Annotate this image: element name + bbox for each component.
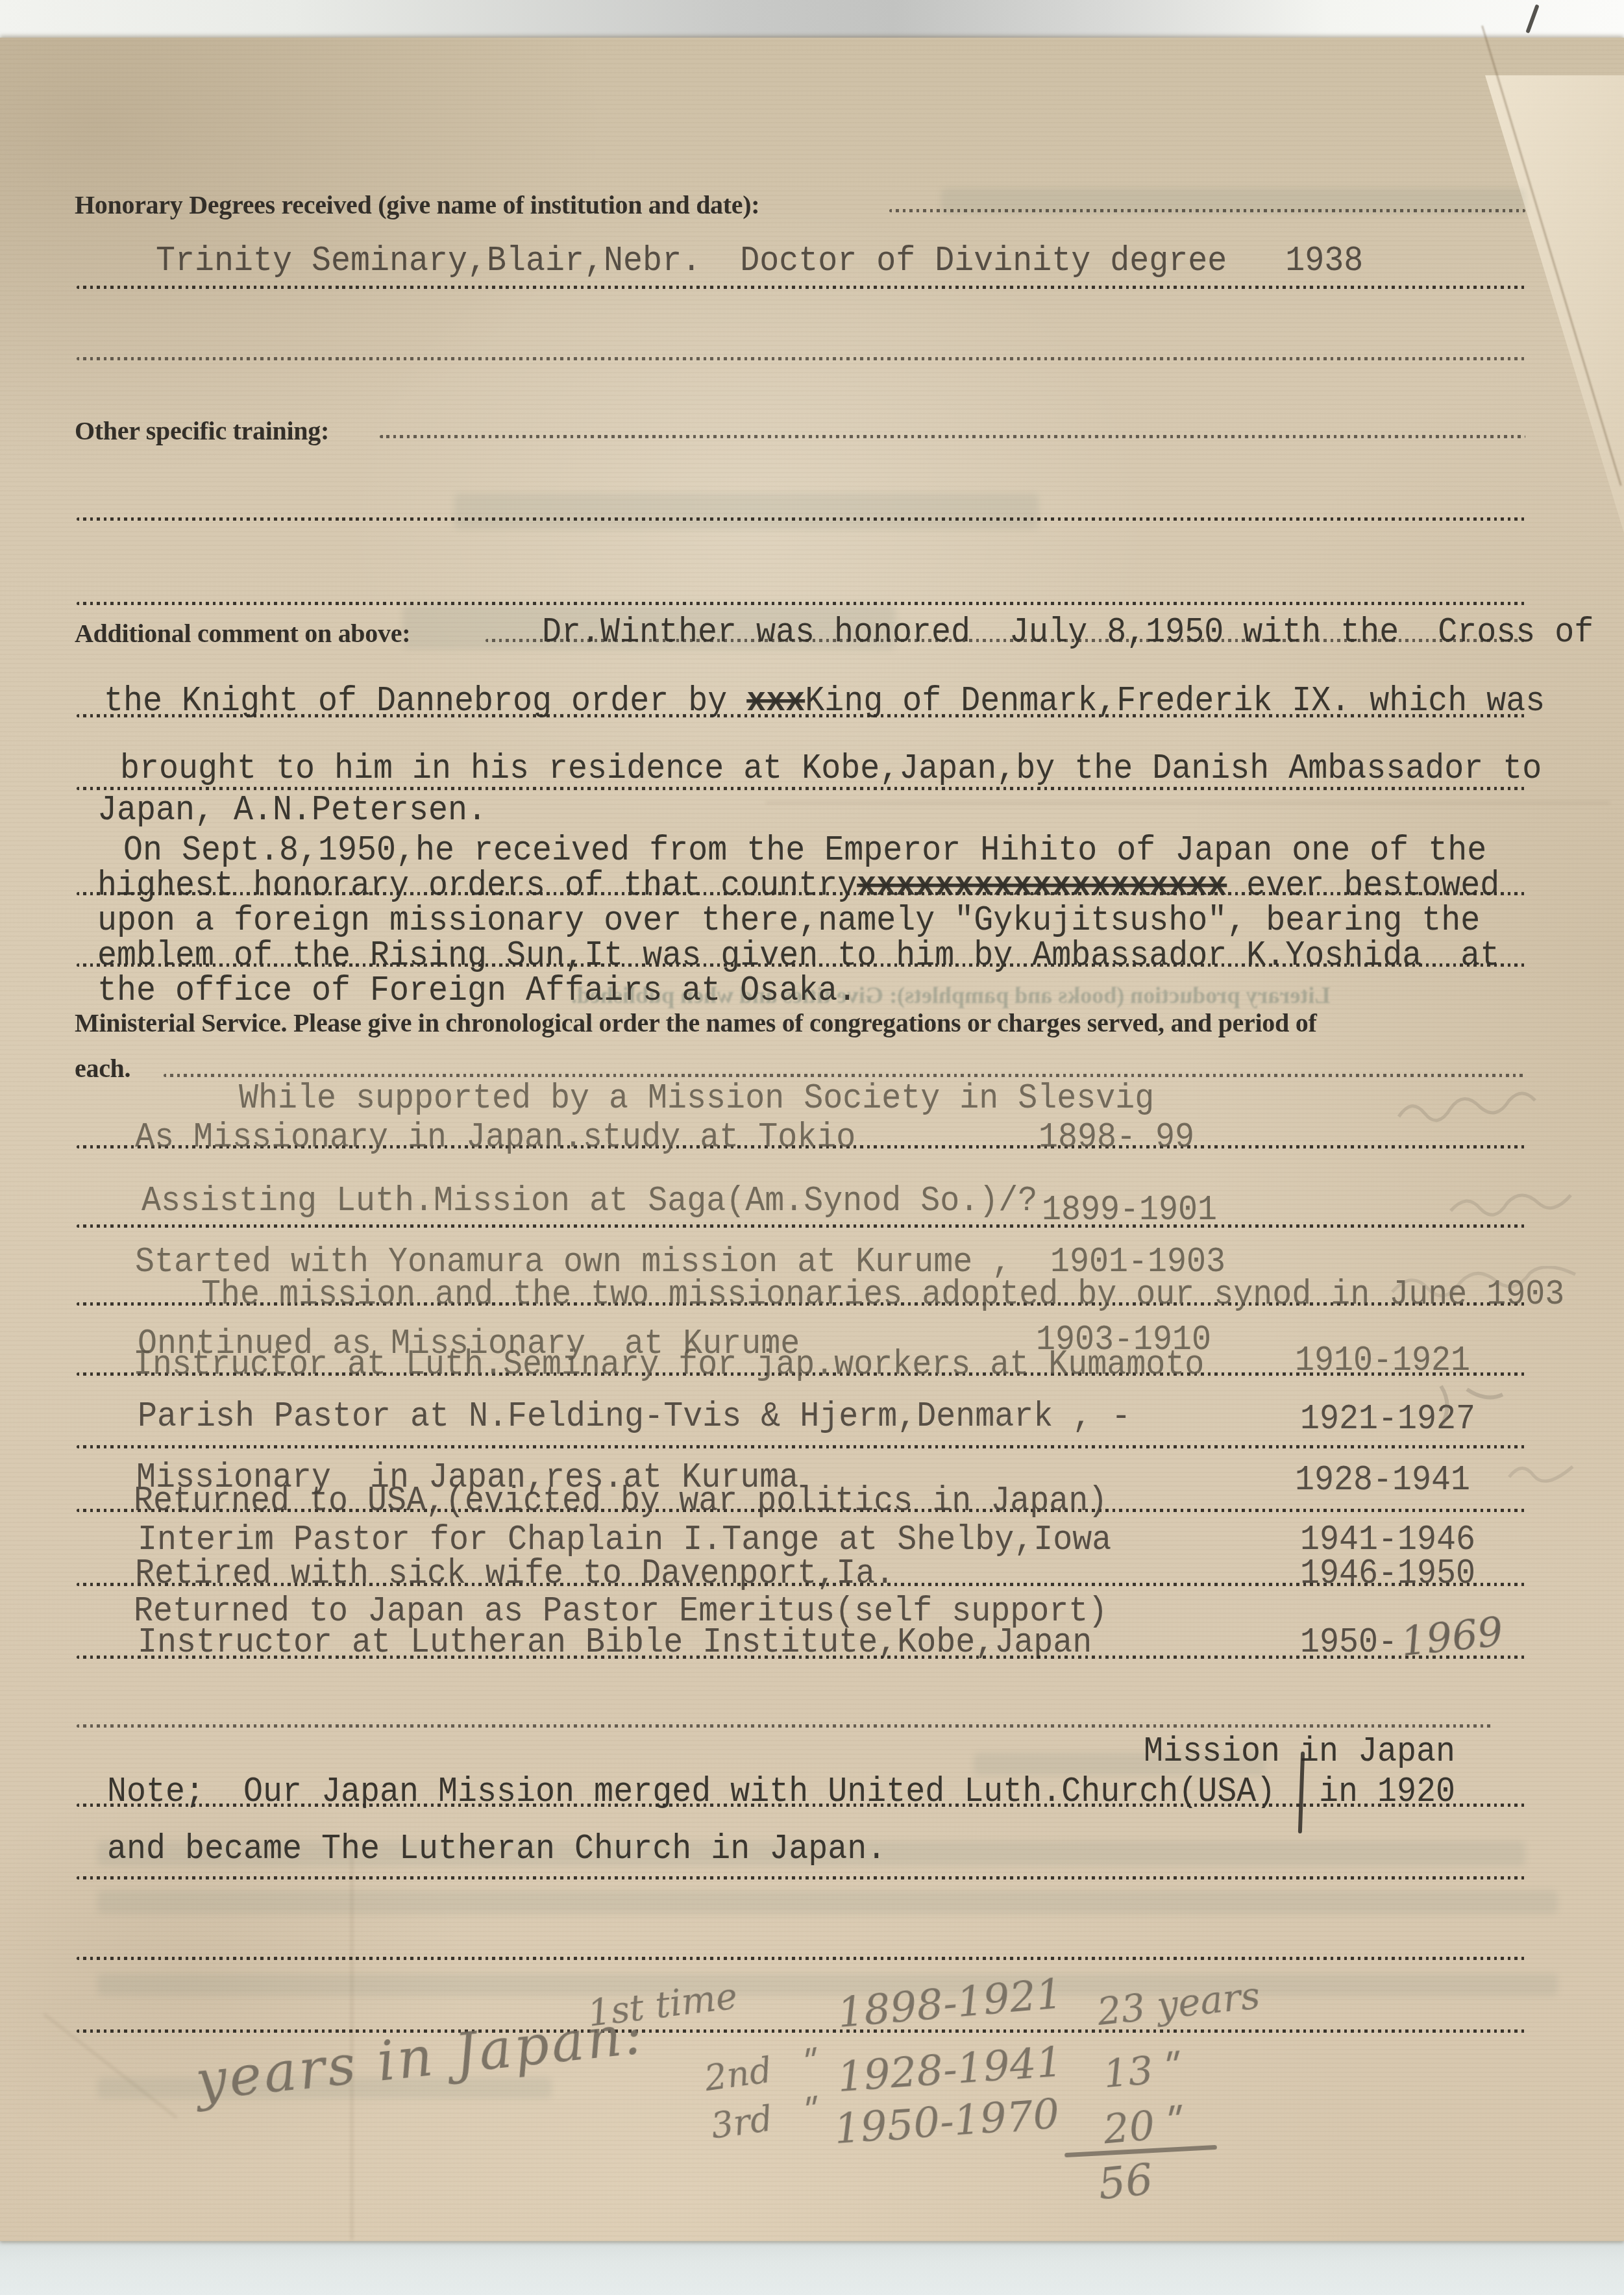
service-row-desc: The mission and the two missionaries ado… xyxy=(201,1275,1564,1315)
overtyped-correction: xxx xyxy=(746,682,805,722)
bleedthrough-smudge xyxy=(97,1974,1558,1996)
comment-line-2: the Knight of Dannebrog order by xxxKing… xyxy=(104,682,1545,722)
scanner-background-bottom xyxy=(0,2241,1624,2295)
service-row-desc: While supported by a Mission Society in … xyxy=(239,1079,1154,1119)
service-row-desc: Instructor at Luth.Seminary for jap.work… xyxy=(133,1345,1204,1385)
note-line-1: Note; Our Japan Mission merged with Unit… xyxy=(107,1772,1275,1813)
comment-line-3: brought to him in his residence at Kobe,… xyxy=(120,749,1542,789)
service-row-date: 1899-1901 xyxy=(1042,1191,1217,1231)
pencil-scribble xyxy=(1506,1454,1577,1487)
dotted-rule xyxy=(380,435,1525,438)
honorary-degrees-label: Honorary Degrees received (give name of … xyxy=(75,190,759,220)
service-row-desc: Assisting Luth.Mission at Saga(Am.Synod … xyxy=(141,1182,1037,1222)
dotted-rule xyxy=(77,602,1525,605)
heading-bold: Ministerial Service. xyxy=(75,1008,287,1037)
pencil-scribble xyxy=(1447,1188,1577,1224)
comment-line-6-post: ever bestowed xyxy=(1227,866,1499,906)
comment-line-2-pre: the Knight of Dannebrog order by xyxy=(104,682,746,722)
each-label: each. xyxy=(75,1053,130,1084)
scanner-background-top xyxy=(0,0,1624,38)
service-row-date: 1946-1950 xyxy=(1300,1554,1475,1594)
note-inserted-phrase: Mission in Japan xyxy=(1144,1732,1455,1772)
service-row-desc: Retired with sick wife to Davenport,Ia. xyxy=(135,1554,894,1594)
service-row-date: 1898- 99 xyxy=(1039,1118,1194,1158)
handwritten-total-3: 20 ʺ xyxy=(1101,2099,1188,2153)
service-row-desc: Returned to USA,(evicted by war politics… xyxy=(134,1482,1107,1522)
handwritten-total-2: 13 ʺ xyxy=(1101,2046,1185,2098)
dotted-rule xyxy=(77,1656,1525,1659)
heading-rest: Please give in chronological order the n… xyxy=(287,1008,1316,1037)
comment-line-5: On Sept.8,1950,he received from the Empe… xyxy=(123,831,1486,871)
dotted-rule xyxy=(164,1074,1525,1077)
dotted-rule xyxy=(77,1724,1493,1728)
overtyped-correction: xxxxxxxxxxxxxxxxxxx xyxy=(857,866,1227,906)
dotted-rule xyxy=(77,1583,1525,1586)
dotted-rule xyxy=(77,2029,1525,2033)
other-training-label: Other specific training: xyxy=(75,416,329,446)
service-row-date: 1910-1921 xyxy=(1295,1341,1470,1382)
dotted-rule xyxy=(77,357,1525,360)
dotted-rule xyxy=(77,286,1525,289)
comment-line-7: upon a foreign missionary over there,nam… xyxy=(97,901,1480,941)
dotted-rule xyxy=(889,209,1525,212)
comment-line-9: the office of Foreign Affairs at Osaka. xyxy=(97,971,857,1011)
bleedthrough-smudge xyxy=(454,493,1039,529)
service-row-desc: Parish Pastor at N.Felding-Tvis & Hjerm,… xyxy=(138,1397,1131,1437)
additional-comment-label: Additional comment on above: xyxy=(75,618,410,649)
note-line-2: and became The Lutheran Church in Japan. xyxy=(107,1830,886,1870)
note-line-1-end: in 1920 xyxy=(1319,1772,1455,1813)
pencil-scribble xyxy=(1396,1091,1551,1130)
bleedthrough-smudge xyxy=(97,1891,1558,1914)
scanned-form-page: Literary production (books and pamphlets… xyxy=(0,0,1624,2295)
pencil-scribble xyxy=(1389,1266,1584,1305)
service-row-desc: As Missionary in Japan.study at Tokio xyxy=(135,1118,855,1158)
dotted-rule xyxy=(77,1445,1525,1448)
dotted-rule xyxy=(77,517,1525,521)
service-row-date: 1928-1941 xyxy=(1295,1461,1470,1501)
pencil-scribble xyxy=(1428,1383,1512,1428)
comment-line-2-post: King of Denmark,Frederik IX. which was xyxy=(805,682,1545,722)
dotted-rule xyxy=(77,1876,1525,1879)
handwritten-sum: 56 xyxy=(1096,2154,1155,2209)
ministerial-service-heading: Ministerial Service. Please give in chro… xyxy=(75,1008,1316,1038)
paper-crease xyxy=(766,802,1610,804)
dotted-rule xyxy=(77,1224,1525,1228)
comment-line-8: emblem of the Rising Sun,It was given to… xyxy=(97,936,1499,976)
honorary-degrees-answer: Trinity Seminary,Blair,Nebr. Doctor of D… xyxy=(156,242,1363,282)
dotted-rule xyxy=(77,1957,1525,1960)
comment-line-6: highest honorary orders of that countryx… xyxy=(97,866,1499,906)
comment-line-4: Japan, A.N.Petersen. xyxy=(97,791,487,831)
comment-line-6-pre: highest honorary orders of that country xyxy=(97,866,857,906)
comment-line-1: Dr.Winther was honored July 8,1950 with … xyxy=(542,613,1593,653)
